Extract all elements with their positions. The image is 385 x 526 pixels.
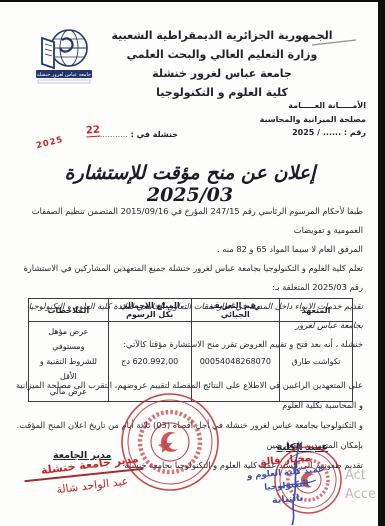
col-tax-id: رقم التعريف الجبائي xyxy=(191,299,279,322)
date-line: خنشلة في : .............. 22 2025 xyxy=(28,130,178,139)
intro-line-2: المرفق العام لا سيما المواد 65 و 82 منه … xyxy=(13,240,363,259)
col-notes: الملاحظات xyxy=(29,299,109,322)
intro-line-1: طبقا لأحكام المرسوم الرئاسي رقم 247/15 ا… xyxy=(13,202,363,240)
header-republic: الجمهورية الجزائرية الديمقراطية الشعبية xyxy=(96,26,348,45)
header-ministry: وزارة التعليم العالي والبحث العلمي xyxy=(96,45,348,64)
notes-line-1: عرض مؤهل ومستوفي xyxy=(32,324,105,354)
university-logo: جامعة عباس لغرور خنشلة xyxy=(28,26,98,88)
announcement-title: إعلان عن منح مؤقت للإستشارة 2025/03 xyxy=(20,162,360,206)
admin-block: الأمـــــانة العـــــامة مصلحة الميزانية… xyxy=(216,99,366,140)
header-university: جامعة عباس لغرور خنشلة xyxy=(96,64,348,83)
intro-line-3: تعلم كلية العلوم و التكنولوجيا بجامعة عب… xyxy=(13,259,363,297)
place-date-label: خنشلة في : xyxy=(131,130,178,139)
reference-number: رقم : ...... / 2025 xyxy=(216,126,366,140)
document-header: الجمهورية الجزائرية الديمقراطية الشعبية … xyxy=(96,26,348,102)
document-page: جامعة عباس لغرور خنشلة الجمهورية الجزائر… xyxy=(0,2,378,526)
activation-watermark: Act Acce xyxy=(345,466,376,504)
date-stamp-year: 2025 xyxy=(35,135,64,151)
budget-service-label: مصلحة الميزانية والمحاسبة xyxy=(216,113,366,127)
date-stamp-day: 22 xyxy=(86,125,101,138)
watermark-line-1: Act xyxy=(345,466,376,485)
watermark-line-2: Acce xyxy=(345,485,376,504)
scanned-document: { "header": { "line1": "الجمهورية الجزائ… xyxy=(0,0,385,526)
dean-pen-signature xyxy=(270,442,320,526)
col-amount: المبلغ الاجمالي بكل الرسوم xyxy=(108,299,191,322)
table-header-row: المتعهد رقم التعريف الجبائي المبلغ الاجم… xyxy=(29,299,353,322)
logo-caption-text: جامعة عباس لغرور خنشلة xyxy=(37,72,91,78)
general-secretariat-label: الأمـــــانة العـــــامة xyxy=(216,99,366,113)
col-bidder: المتعهد xyxy=(279,299,352,322)
